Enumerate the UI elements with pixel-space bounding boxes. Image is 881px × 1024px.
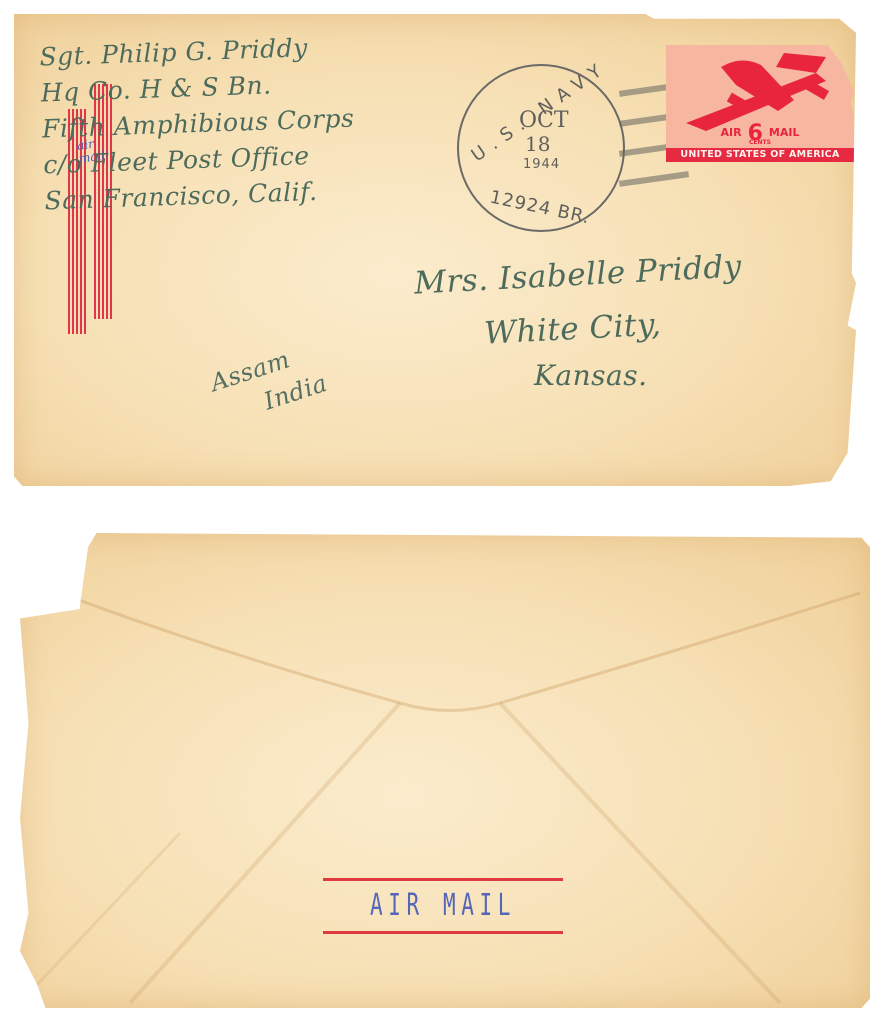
return-address: Sgt. Philip G. Priddy Hq Co. H & S Bn. F… <box>39 29 358 220</box>
stamp-country: UNITED STATES OF AMERICA <box>666 148 854 162</box>
postmark-month: OCT <box>519 108 569 133</box>
stamp-unit: CENTS <box>666 139 854 146</box>
envelope-flap-creases <box>20 533 870 1008</box>
stamp-mail-label: MAIL <box>769 126 800 139</box>
postmark: U.S. NAVY OCT 18 1944 12924 BR. <box>457 64 625 232</box>
stamp-air-label: AIR <box>721 126 742 139</box>
recipient-address: Mrs. Isabelle Priddy White City, Kansas. <box>414 249 742 399</box>
recipient-state: Kansas. <box>534 353 742 399</box>
air-mail-label: AIR MAIL <box>323 878 563 934</box>
air-mail-text: AIR MAIL <box>359 881 527 931</box>
postmark-branch: 12924 BR. <box>488 187 592 229</box>
postmark-day: 18 <box>525 132 550 156</box>
recipient-city: White City, <box>483 294 743 359</box>
margin-note: Assam India <box>206 334 331 433</box>
postmark-year: 1944 <box>523 157 560 172</box>
airmail-stamp: AIR6MAIL CENTS UNITED STATES OF AMERICA <box>666 45 854 162</box>
envelope-front: air mail Sgt. Philip G. Priddy Hq Co. H … <box>14 14 856 486</box>
bottom-red-rule <box>323 931 563 934</box>
envelope-back: AIR MAIL <box>20 533 870 1008</box>
